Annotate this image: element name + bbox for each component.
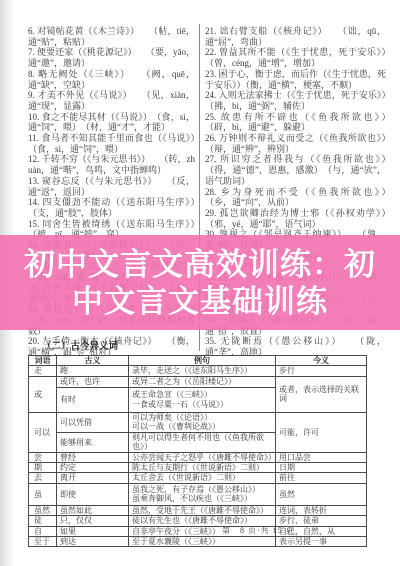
list-item: 22. 曾益其所不能（《生于忧患，死于安乐》） （曾，céng，通“增”，增加） — [205, 47, 386, 68]
table-header-cell: 例句 — [129, 356, 276, 366]
table-cell: 尝 — [29, 452, 57, 462]
list-item: 8. 略无阙处（《三峡》） （阙，quē，通“缺”，空缺） — [28, 69, 195, 90]
table-cell: 或者，表示选择的关联词 — [276, 376, 367, 412]
table-cell: 可以为师矣（《论语》）可以一战（《曹刿论战》） — [129, 412, 276, 432]
table-cell: 或异二者之为（《岳阳楼记》） — [129, 376, 276, 387]
table-cell: 徒 — [29, 516, 57, 526]
list-item: 13. 窥谷忘反（《与朱元思书》） （反，通“返”，返回） — [28, 176, 195, 197]
table-row: 去离开太丘舍去（《世说新语》二则）前往 — [29, 473, 367, 483]
list-item: 23. 困于心，衡于虑，而后作（《生于忧患，死于安乐》）（衡，通“横”，梗塞，不… — [205, 69, 386, 90]
table-cell: 公亦尝闻天子之怒乎（《唐雎不辱使命》） — [129, 452, 276, 462]
list-item: 21. 诎右臂支船（《核舟记》） （诎，qū，通“屈”，弯曲） — [205, 26, 386, 47]
table-cell: 即使 — [57, 483, 129, 505]
table-header-cell: 词语 — [29, 356, 57, 366]
table-cell: 连词，表转折 — [276, 505, 367, 515]
table-cell: 前往 — [276, 473, 367, 483]
table-cell: 至于 — [29, 537, 57, 547]
section-title-gujin-yiyici: （二）古今异义词 — [42, 338, 118, 352]
table-cell: 陈太丘与友期行（《世说新语》二则） — [129, 463, 276, 473]
table-cell: 太丘舍去（《世说新语》二则） — [129, 473, 276, 483]
list-item: 11. 食马者不知其能千里而食也（《马说》） （食，sì，通“饲”，喂） — [28, 133, 195, 154]
table-header-cell: 古义 — [57, 356, 129, 366]
table-cell: 期 — [29, 463, 57, 473]
list-item: 14. 四支僵劲不能动（《送东阳马生序》） （支，通“肢”，肢体） — [28, 197, 195, 218]
table-cell: 表示另提一事 — [276, 537, 367, 547]
table-header-row: 词语古义例句今义 — [29, 356, 367, 366]
table-cell: 或王命急宣（《三峡》）一食或尽粟一石（《马说》） — [129, 387, 276, 412]
list-item: 10. 食之不能尽其材（《马说》） （食，sì，通“饲”，喂） （材，通“才”，… — [28, 112, 195, 133]
table-cell: 到达 — [57, 537, 129, 547]
table-cell: 只，仅仅 — [57, 516, 129, 526]
table-row: 至于到达至于夏水襄陵（《三峡》）表示另提一事 — [29, 537, 367, 547]
list-item: 7. 便要还家（《桃花源记》） （要，yāo，通“邀”，邀请） — [28, 47, 195, 68]
page-number-footer: 第 8 页·共 15 页 — [222, 525, 295, 536]
list-item: 28. 乡为身死而不受（《鱼我所欲也》） （乡，通“向”，从前） — [205, 187, 386, 208]
scanned-worksheet-page: 6. 对镜帖花黄（《木兰诗》） （帖，tiē，通“贴”，粘贴）7. 便要还家（《… — [0, 0, 400, 566]
table-cell: 虽然如此 — [57, 505, 129, 515]
table-header-cell: 今义 — [276, 356, 367, 366]
list-item: 24. 入则无法家拂士（《生于忧患，死于安乐》） （拂，bì，通“弼”，辅佐） — [205, 90, 386, 111]
list-item: 12. 千转不穷（《与朱元思书》） （转，zhuàn，通“啭”，鸟鸣，文中指蝉鸣… — [28, 154, 195, 175]
list-item: 29. 孤岂欲卿治经为博士邪（《孙权劝学》） （邪，yé，通“耶”，语气词） — [205, 208, 386, 229]
table-cell: 曾经 — [57, 452, 129, 462]
table-row: 尝曾经公亦尝闻天子之怒乎（《唐雎不辱使命》）用口品尝 — [29, 452, 367, 462]
table-cell: 虽然 — [276, 483, 367, 505]
table-cell: 虽 — [29, 483, 57, 505]
table-cell: 虽然 — [29, 505, 57, 515]
table-row: 走跑录毕，走送之（《送东阳马生序》）步行 — [29, 366, 367, 376]
watermark-line-2: 中文言文基础训练 — [72, 283, 328, 320]
list-item: 25. 故患有所不辟也（《鱼我所欲也》） （辟，bì，通“避”，躲避） — [205, 112, 386, 133]
table-cell: 如果 — [57, 526, 129, 536]
table-cell: 离开 — [57, 473, 129, 483]
table-cell: 或 — [29, 376, 57, 412]
watermark-banner: 初中文言文高效训练：初 中文言文基础训练 — [0, 235, 400, 330]
table-cell: 走 — [29, 366, 57, 376]
table-row: 徒只，仅仅徒以有先生也（《唐雎不辱使命》）步行，徒弟 — [29, 516, 367, 526]
list-item: 9. 才美不外见（《马说》） （见，xiàn，通“现”，显露） — [28, 90, 195, 111]
table-cell: 可能，许可 — [276, 412, 367, 452]
list-item: 27. 所识穷乏者得我与（《鱼我所欲也》） （得，通“德”，恩惠，感激） （与，… — [205, 154, 386, 186]
table-cell: 或许，也许 — [57, 376, 129, 387]
table-cell: 则凡可以得生者何不用也（《鱼我所欲也》） — [129, 432, 276, 452]
table-cell: 约定 — [57, 463, 129, 473]
table-cell: 可以凭借 — [57, 412, 129, 432]
table-cell: 用口品尝 — [276, 452, 367, 462]
gujin-yiyici-table: 词语古义例句今义 走跑录毕，走送之（《送东阳马生序》）步行或或许，也许或异二者之… — [28, 355, 367, 547]
list-item: 26. 万钟则不辩礼义而受之（《鱼我所欲也》） （辩，通“辨”，辨别） — [205, 133, 386, 154]
table-cell: 至于夏水襄陵（《三峡》） — [129, 537, 276, 547]
table-cell: 录毕，走送之（《送东阳马生序》） — [129, 366, 276, 376]
list-item: 35. 无陇断焉（《愚公移山》） （陇，通“垄”，高地） — [205, 336, 386, 355]
table-cell: 日期 — [276, 463, 367, 473]
table-cell: 有时 — [57, 387, 129, 412]
table-row: 可以可以凭借可以为师矣（《论语》）可以一战（《曹刿论战》）可能，许可 — [29, 412, 367, 432]
table-cell: 步行 — [276, 366, 367, 376]
table-cell: 虽然，受地于先王（《唐雎不辱使命》） — [129, 505, 276, 515]
table-row: 期约定陈太丘与友期行（《世说新语》二则）日期 — [29, 463, 367, 473]
table-cell: 跑 — [57, 366, 129, 376]
watermark-line-1: 初中文言文高效训练：初 — [24, 246, 376, 283]
table-cell: 去 — [29, 473, 57, 483]
table-cell: 可以 — [29, 412, 57, 452]
table-cell: 自 — [29, 526, 57, 536]
table-cell: 能够用来 — [57, 432, 129, 452]
table-row: 或或许，也许或异二者之为（《岳阳楼记》）或者，表示选择的关联词 — [29, 376, 367, 387]
list-item: 6. 对镜帖花黄（《木兰诗》） （帖，tiē，通“贴”，粘贴） — [28, 26, 195, 47]
table-row: 自如果自非亭午夜分（《三峡》）自己，自然，从 — [29, 526, 367, 536]
table-cell: 虽我之死，有子存焉（《愚公移山》）虽乘奔御风，不以疾也（《三峡》） — [129, 483, 276, 505]
table-row: 虽即使虽我之死，有子存焉（《愚公移山》）虽乘奔御风，不以疾也（《三峡》）虽然 — [29, 483, 367, 505]
table-row: 虽然虽然如此虽然，受地于先王（《唐雎不辱使命》）连词，表转折 — [29, 505, 367, 515]
